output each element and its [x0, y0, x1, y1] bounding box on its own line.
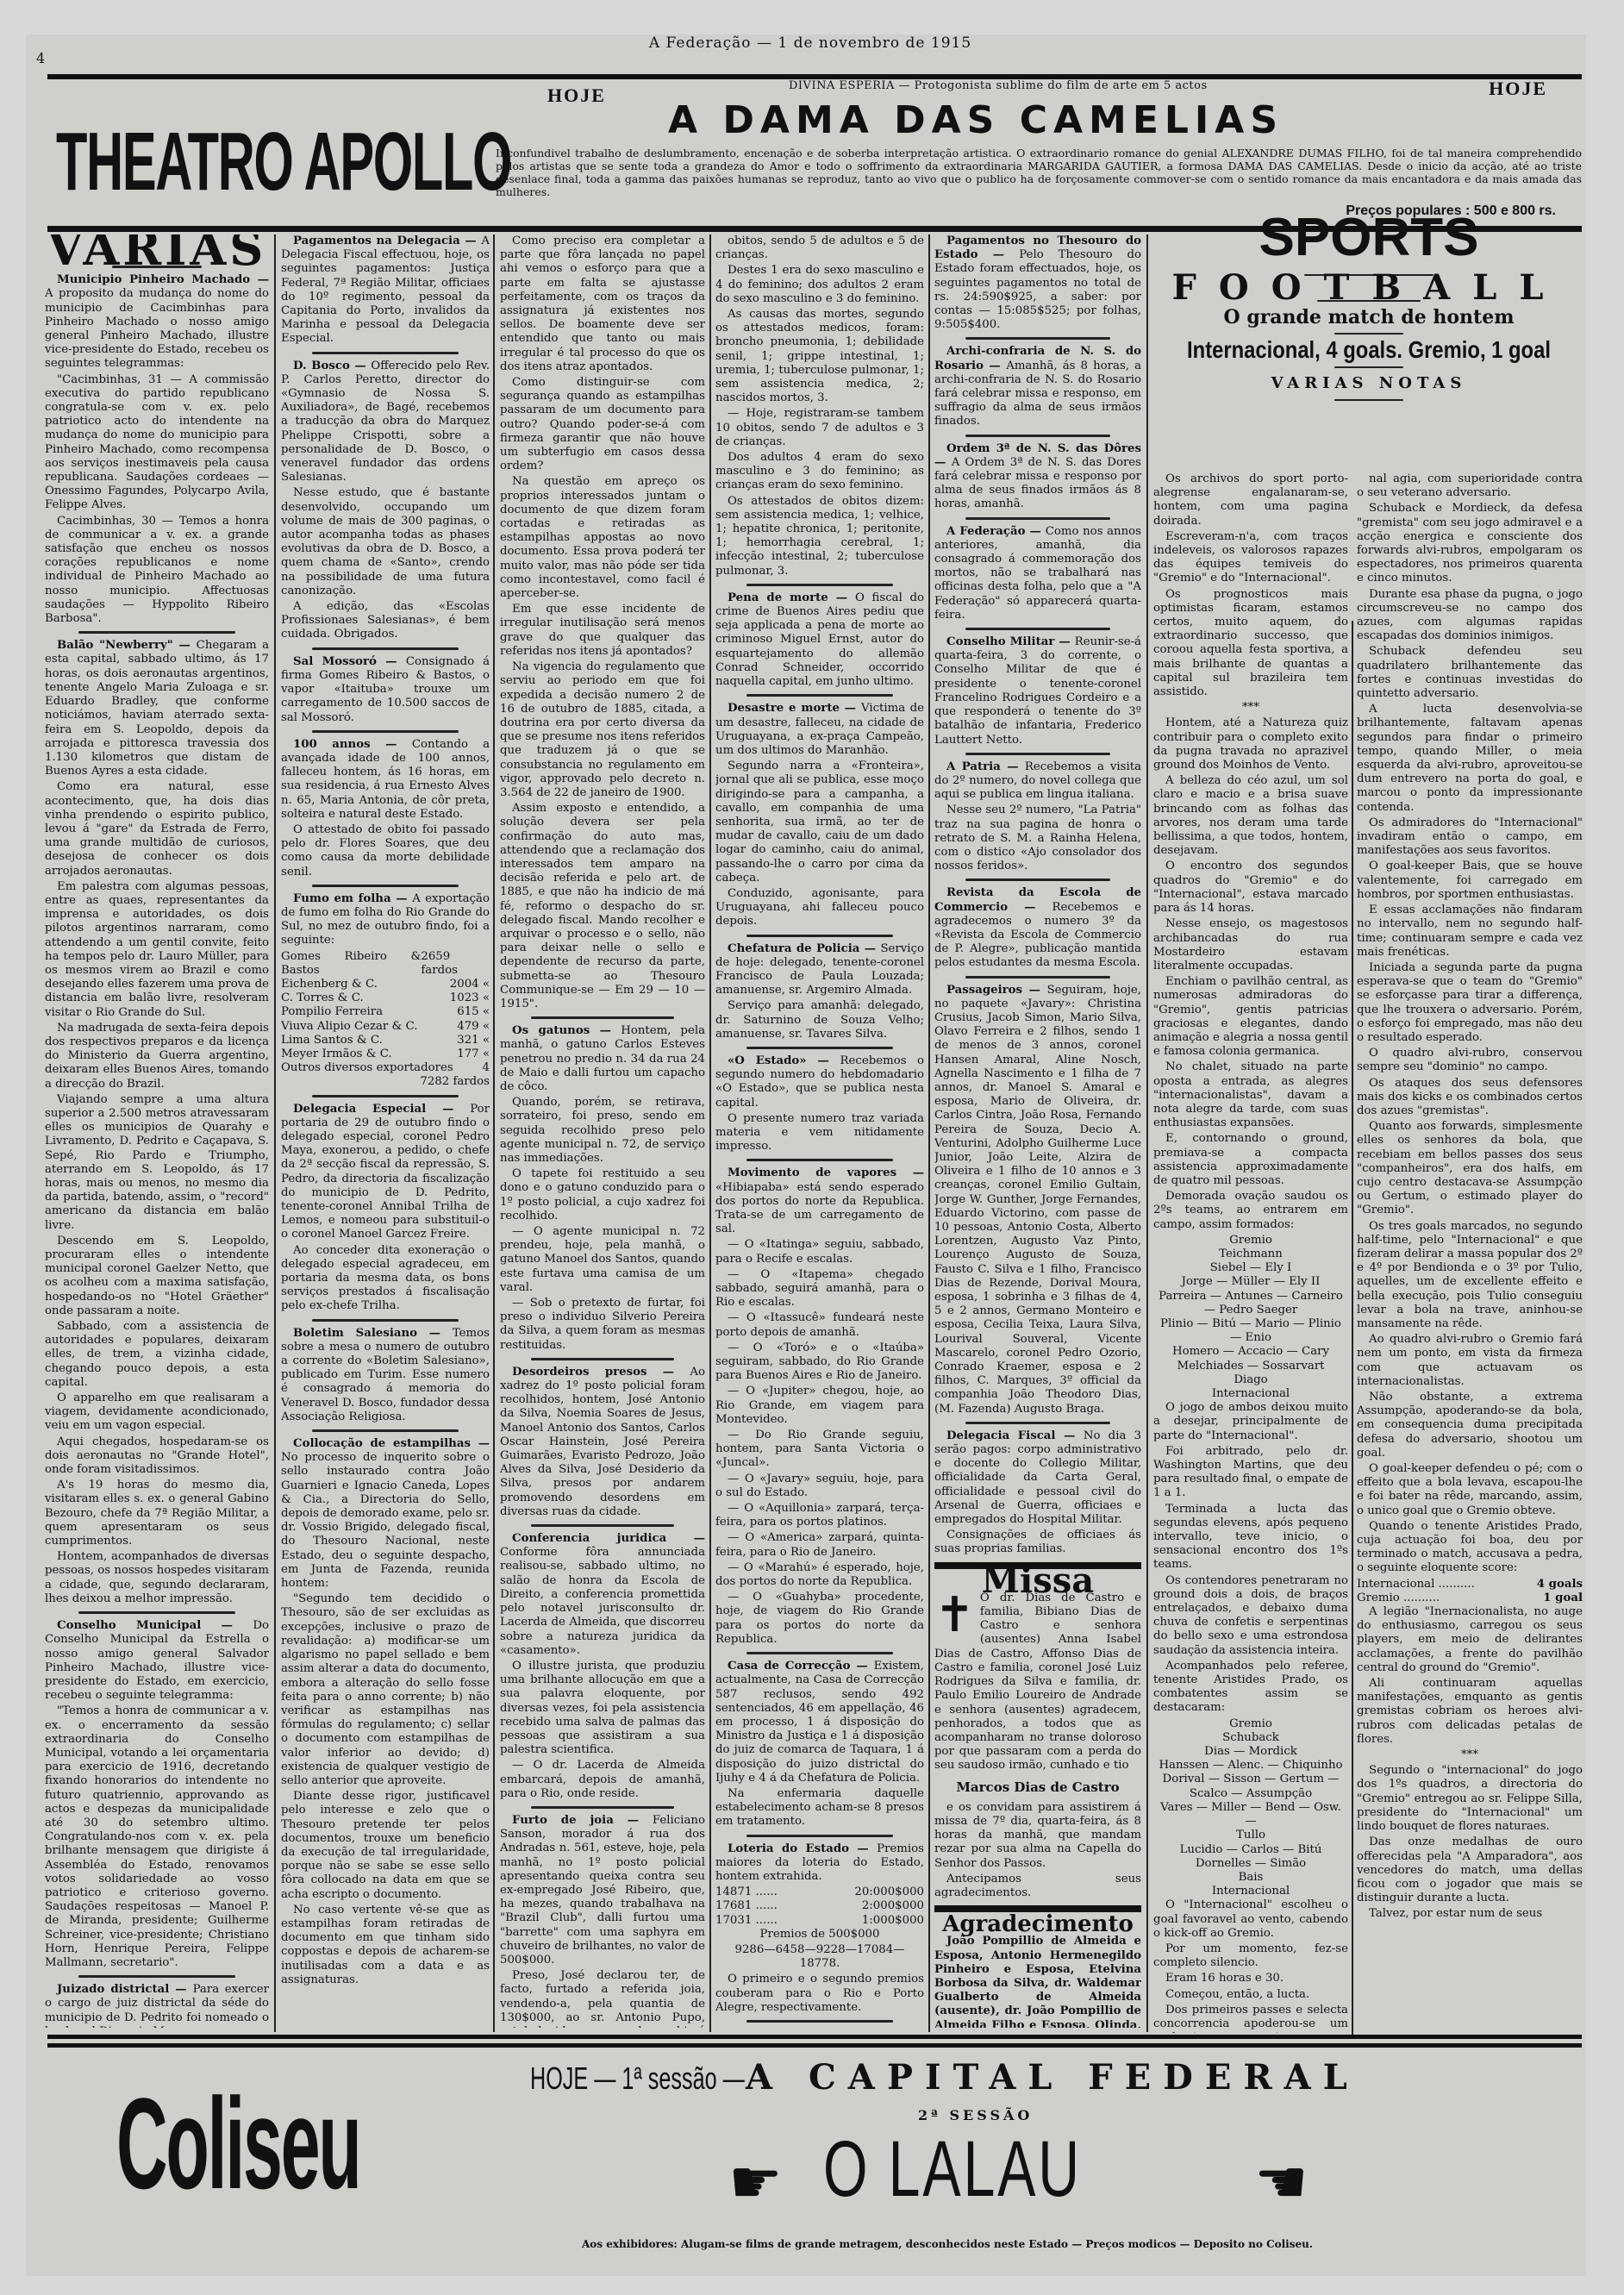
article-paragraph: Collocação de estampilhas — No processo … — [281, 1437, 490, 1591]
article-text: Offerecido pelo Rev. P. Carlos Peretto, … — [281, 360, 490, 485]
article-text: Viajando sempre a uma altura superior a … — [45, 1093, 269, 1232]
film-title: A DAMA DAS CAMELIAS — [668, 98, 1284, 142]
article-text: — O «Aquillonia» zarpará, terça-feira, p… — [715, 1502, 924, 1529]
ornament-rule — [312, 1429, 458, 1432]
article-text: A's 19 horas do mesmo dia, visitaram ell… — [45, 1479, 269, 1548]
fumo-row: Pompilio Ferreira615 « — [281, 1005, 490, 1019]
quantity: 2004 « — [450, 978, 490, 991]
article-paragraph: "Cacimbinhas, 31 — A commissão executiva… — [45, 373, 269, 513]
article-paragraph: — O «Aquillonia» zarpará, terça-feira, p… — [715, 1502, 924, 1529]
paragraph: Não obstante, a extrema Assumpção, apode… — [1357, 1391, 1583, 1460]
article-paragraph: Na enfermaria daquelle estabelecimento a… — [715, 1787, 924, 1829]
article-paragraph: Nesse seu 2º numero, "La Patria" traz na… — [934, 804, 1141, 873]
article-text: O presente numero traz variada materia e… — [715, 1112, 924, 1153]
ornament-rule — [531, 1806, 675, 1809]
film-subtitle: DIVINA ESPERIA — Protogonista sublime do… — [789, 79, 1208, 92]
column-2: Pagamentos na Delegacia — A Delegacia Fi… — [281, 235, 490, 2028]
article-paragraph: D. Bosco — Offerecido pelo Rev. P. Carlo… — [281, 360, 490, 485]
article-text: Conduzido, agonisante, para Uruguayana, … — [715, 887, 924, 928]
article-paragraph: A's 19 horas do mesmo dia, visitaram ell… — [45, 1479, 269, 1548]
lineup-line: Melchiades — Sossarvart — [1153, 1360, 1348, 1373]
article-paragraph: Destes 1 era do sexo masculino e 4 do fe… — [715, 264, 924, 306]
article-paragraph: — O «Toró» e o «Itaúba» seguiram, sabbad… — [715, 1341, 924, 1384]
article-text: Consignações de officiaes ás suas propri… — [934, 1529, 1141, 1555]
footer-rule — [47, 2035, 1582, 2039]
article-text: Na vigencia do regulamento que serviu ao… — [500, 660, 705, 799]
internacional-second-team-lineup: Plinio — Bitú — Mario — Plinio — EnioHom… — [1153, 1317, 1348, 1401]
article-text: A edição, das «Escolas Profissionaes Sal… — [281, 600, 490, 641]
article-paragraph: Em palestra com algumas pessoas, entre a… — [45, 880, 269, 1020]
article-text: "Segundo tem decidido o Thesouro, são de… — [281, 1592, 490, 1787]
pointing-hand-left-icon: ☚ — [1254, 2147, 1309, 2217]
paragraph: Talvez, por estar num de seus — [1357, 1907, 1583, 1921]
ornament-rule — [746, 1835, 892, 1837]
score-headline: Internacional, 4 goals. Gremio, 1 goal — [1186, 343, 1552, 357]
fumo-row: Outros diversos exportadores4 — [281, 1061, 490, 1075]
article-list: obitos, sendo 5 de adultos e 5 de crianç… — [715, 235, 924, 1884]
article-paragraph: O apparelho em que realisaram a viagem, … — [45, 1391, 269, 1434]
fumo-row: Meyer Irmãos & C.177 « — [281, 1047, 490, 1061]
first-team-lineups: GremioSchubackDias — MordickHanssen — Al… — [1153, 1717, 1348, 1899]
article-title: Desastre e morte — — [728, 702, 861, 715]
ornament-rule — [78, 1975, 235, 1978]
lineup-line: Scalco — Assumpção — [1153, 1787, 1348, 1801]
ornament-rule — [312, 730, 458, 733]
team-goals: 1 goal — [1543, 1591, 1583, 1605]
article-title: Casa de Correcção — — [728, 1660, 874, 1673]
article-text: Os attestados de obitos dizem: sem assis… — [715, 495, 924, 578]
theatre-name: THEATRO APOLLO — [56, 102, 334, 222]
article-paragraph: Conselho Municipal — Do Conselho Municip… — [45, 1619, 269, 1703]
lineup-line: Gremio — [1153, 1234, 1348, 1248]
article-title: «O Estado» — — [728, 1054, 840, 1067]
paragraph: Eram 16 horas e 30. — [1153, 1972, 1348, 1985]
column-5: Pagamentos no Thesouro do Estado — Pelo … — [934, 235, 1141, 2028]
article-paragraph: Segundo narra a «Fronteira», jornal que … — [715, 760, 924, 885]
lineup-line: Homero — Accacio — Cary — [1153, 1345, 1348, 1359]
varias-heading: VARIAS — [45, 241, 269, 255]
lineup-line: Parreira — Antunes — Carneiro — Pedro Sa… — [1153, 1290, 1348, 1317]
article-paragraph: Passageiros — Seguiram, hoje, no paquete… — [934, 984, 1141, 1416]
lineup-line: Internacional — [1153, 1885, 1348, 1898]
column-divider — [1352, 621, 1353, 2035]
article-paragraph: Ordem 3ª de N. S. das Dôres — A Ordem 3ª… — [934, 442, 1141, 512]
column-divider — [928, 235, 930, 2032]
lineup-line: Tullo — [1153, 1829, 1348, 1842]
article-paragraph: Dos adultos 4 eram do sexo masculino e 3… — [715, 451, 924, 493]
article-text: Na enfermaria daquelle estabelecimento a… — [715, 1787, 924, 1828]
article-paragraph: Quando, porém, se retirava, sorrateiro, … — [500, 1096, 705, 1166]
article-title: Collocação de estampilhas — — [293, 1437, 490, 1450]
article-text: O apparelho em que realisaram a viagem, … — [45, 1391, 269, 1432]
hoje-label-right: HOJE — [1489, 78, 1547, 100]
article-text: Seguiram, hoje, no paquete «Javary»: Chr… — [934, 984, 1141, 1416]
article-text: «Hibiapaba» está sendo esperado dos port… — [715, 1181, 924, 1236]
agradecimento-text: João Pompillio de Almeida e Esposa, Anto… — [934, 1935, 1141, 2028]
firm-name: Eichenberg & C. — [281, 978, 378, 991]
fumo-row: Viuva Alipio Cezar & C.479 « — [281, 1020, 490, 1034]
paragraph: Terminada a lucta das segundas elevens, … — [1153, 1503, 1348, 1573]
lineup-line: Internacional — [1153, 1387, 1348, 1401]
article-text: — O dr. Lacerda de Almeida embarcará, de… — [500, 1759, 705, 1799]
article-paragraph: Casa de Correcção — Existem, actualmente… — [715, 1660, 924, 1785]
ornament-rule — [746, 694, 892, 697]
fumo-row: Lima Santos & C.321 « — [281, 1034, 490, 1047]
article-paragraph: O presente numero traz variada materia e… — [715, 1112, 924, 1154]
prize-amount: 20:000$000 — [854, 1885, 924, 1899]
article-text: No dia 3 serão pagos: corpo administrati… — [934, 1429, 1141, 1526]
paragraph: Durante esa phase da pugna, o jogo circu… — [1357, 588, 1583, 644]
rule — [1334, 399, 1403, 401]
coliseu-advertisement: Coliseu HOJE — 1ª sessão — A CAPITAL FED… — [47, 2052, 1582, 2259]
article-text: Existem, actualmente, na Casa de Correcç… — [715, 1660, 924, 1785]
article-paragraph: Delegacia Fiscal — No dia 3 serão pagos:… — [934, 1429, 1141, 1527]
football-heading: FOOTBALL — [1153, 281, 1584, 295]
lineup-line: Gremio — [1153, 1717, 1348, 1731]
article-title: Conselho Municipal — — [57, 1619, 253, 1632]
section-break: *** — [1357, 1748, 1583, 1762]
rule — [1334, 366, 1403, 368]
lineup-line: Hanssen — Alenc. — Chiquinho — [1153, 1759, 1348, 1773]
article-text: Feliciano Sanson, morador á rua dos Andr… — [500, 1814, 705, 1967]
article-paragraph: A edição, das «Escolas Profissionaes Sal… — [281, 600, 490, 642]
paragraph: Os admiradores do "Internacional" invadi… — [1357, 816, 1583, 859]
paragraph-list: Os archivos do sport porto-alegrense eng… — [1153, 472, 1348, 1232]
article-paragraph: Pagamentos no Thesouro do Estado — Pelo … — [934, 235, 1141, 332]
article-paragraph: Os gatunos — Hontem, pela manhã, o gatun… — [500, 1024, 705, 1094]
paragraph: Começou, então, a lucta. — [1153, 1988, 1348, 2002]
article-text: Destes 1 era do sexo masculino e 4 do fe… — [715, 264, 924, 304]
article-paragraph: Chefatura de Policia — Serviço de hoje: … — [715, 942, 924, 998]
paragraph: A legião "Inernacionalista, no auge do e… — [1357, 1605, 1583, 1675]
paragraph: Os prognosticos mais optimistas ficaram,… — [1153, 588, 1348, 700]
article-title: Passageiros — — [946, 984, 1047, 997]
article-title: Sal Mossoró — — [293, 655, 406, 668]
lineup-line: Dornelles — Simão — [1153, 1857, 1348, 1871]
lineup-line: Vares — Miller — Bend — Osw. — — [1153, 1801, 1348, 1829]
article-paragraph: Os attestados de obitos dizem: sem assis… — [715, 495, 924, 578]
loteria-table: 14871 ......20:000$00017681 ......2:000$… — [715, 1885, 924, 1928]
article-title: Loteria do Estado — — [728, 1842, 877, 1855]
paragraph: Os contendores penetraram no ground dois… — [1153, 1574, 1348, 1658]
column-3: Como preciso era completar a parte que f… — [500, 235, 705, 2028]
article-title: Chefatura de Policia — — [728, 942, 880, 955]
paragraph: E, contornando o ground, premiava-se a c… — [1153, 1132, 1348, 1188]
ornament-rule — [312, 1095, 458, 1097]
score-row: Internacional ..........4 goals — [1357, 1578, 1583, 1591]
ticket-number: 14871 ...... — [715, 1885, 778, 1899]
ornament-rule — [78, 1611, 235, 1614]
article-text: A Delegacia Fiscal effectuou, hoje, os s… — [281, 235, 490, 345]
article-text: O fiscal do crime de Buenos Aires pediu … — [715, 591, 924, 688]
article-paragraph: — O «America» zarpará, quinta-feira, par… — [715, 1531, 924, 1559]
article-list: Municipio Pinheiro Machado — A proposito… — [45, 273, 269, 2028]
premios-500-numbers: 9286—6458—9228—17084—18778. — [715, 1943, 924, 1971]
paragraph: O encontro dos segundos quadros do "Grem… — [1153, 860, 1348, 916]
article-text: Reunir-se-á quarta-feira, 3 do corrente,… — [934, 635, 1141, 746]
article-paragraph: Boletim Salesiano — Temos sobre a mesa o… — [281, 1327, 490, 1424]
quantity: 479 « — [457, 1020, 490, 1034]
lineup-line: Siebel — Ely I — [1153, 1261, 1348, 1275]
article-paragraph: Cacimbinhas, 30 — Temos a honra de commu… — [45, 515, 269, 627]
ornament-rule — [746, 584, 892, 586]
article-text: Cacimbinhas, 30 — Temos a honra de commu… — [45, 515, 269, 625]
article-paragraph: Conduzido, agonisante, para Uruguayana, … — [715, 887, 924, 929]
article-text: — O «Marahú» é esperado, hoje, dos porto… — [715, 1561, 924, 1588]
ornament-rule — [965, 753, 1110, 755]
firm-name: Outros diversos exportadores — [281, 1061, 453, 1075]
firm-name: Gomes Ribeiro & Bastos — [281, 950, 421, 978]
article-text: No processo de inquerito sobre o sello i… — [281, 1451, 490, 1590]
article-text: Conforme fôra annunciada realisou-se, sa… — [500, 1546, 705, 1656]
article-text: Assim exposto e entendido, a solução dev… — [500, 802, 705, 1010]
agradecimento-heading: Agradecimento — [934, 1917, 1141, 1931]
article-text: Preso, José declarou ter, de facto, furt… — [500, 1969, 705, 2028]
article-paragraph: O tapete foi restituido a seu dono e o g… — [500, 1167, 705, 1223]
firm-name: Viuva Alipio Cezar & C. — [281, 1020, 418, 1034]
article-paragraph: Municipio Pinheiro Machado — A proposito… — [45, 273, 269, 371]
article-text: Na questão em apreço os proprios interes… — [500, 475, 705, 600]
article-list: Delegacia Especial — Por portaria de 29 … — [281, 1095, 490, 1987]
article-title: 100 annos — — [293, 738, 412, 751]
paragraph: No chalet, situado na parte oposta a ent… — [1153, 1060, 1348, 1130]
article-paragraph: Assim exposto e entendido, a solução dev… — [500, 802, 705, 1011]
article-text: Em que esse incidente de irregular inuti… — [500, 603, 705, 658]
article-paragraph: Diante desse rigor, justificavel pelo in… — [281, 1790, 490, 1902]
rule — [1334, 333, 1403, 335]
gremio-second-team-lineup: GremioTeichmannSiebel — Ely IJorge — Mül… — [1153, 1234, 1348, 1317]
article-paragraph: — O «Jupiter» chegou, hoje, ao Rio Grand… — [715, 1385, 924, 1427]
paragraph-list: A legião "Inernacionalista, no auge do e… — [1357, 1605, 1583, 1921]
deceased-name: Marcos Dias de Castro — [934, 1780, 1141, 1794]
article-paragraph: Na questão em apreço os proprios interes… — [500, 475, 705, 601]
quantity: 177 « — [457, 1047, 490, 1061]
ornament-rule — [531, 1016, 675, 1019]
article-paragraph: Pena de morte — O fiscal do crime de Bue… — [715, 591, 924, 689]
article-text: — O agente municipal n. 72 prendeu, hoje… — [500, 1225, 705, 1294]
article-title: Juizado districtal — — [57, 1983, 193, 1996]
article-text: "Temos a honra de communicar a v. ex. o … — [45, 1704, 269, 1969]
column-divider — [493, 235, 495, 2032]
paragraph-list: nal agia, com superioridade contra o seu… — [1357, 472, 1583, 1576]
paragraph: Os tres goals marcados, no segundo half-… — [1357, 1220, 1583, 1332]
paragraph: O "Internacional" escolheu o goal favora… — [1153, 1898, 1348, 1941]
article-text: Ao conceder dita exoneração o delegado e… — [281, 1244, 490, 1313]
article-paragraph: — O «Javary» seguiu, hoje, para o sul do… — [715, 1473, 924, 1500]
ornament-rule — [965, 435, 1110, 437]
session-2-label: 2ª SESSÃO — [918, 2107, 1033, 2123]
article-text: Descendo em S. Leopoldo, procuraram elle… — [45, 1235, 269, 1317]
article-list: Pagamentos na Delegacia — A Delegacia Fi… — [281, 235, 490, 948]
paragraph: O goal-keeper Bais, que se houve valente… — [1357, 860, 1583, 902]
article-paragraph: Em que esse incidente de irregular inuti… — [500, 603, 705, 659]
prize-amount: 1:000$000 — [862, 1914, 924, 1928]
firm-name: Lima Santos & C. — [281, 1034, 383, 1047]
quantity: 4 — [483, 1061, 490, 1075]
column-4: obitos, sendo 5 de adultos e 5 de crianç… — [715, 235, 924, 2028]
paragraph-list: O "Internacional" escolheu o goal favora… — [1153, 1898, 1348, 2033]
article-text: O tapete foi restituido a seu dono e o g… — [500, 1167, 705, 1223]
article-paragraph: Como era natural, esse acontecimento, qu… — [45, 780, 269, 878]
fumo-row: Eichenberg & C.2004 « — [281, 978, 490, 991]
loteria-row: 17681 ......2:000$000 — [715, 1899, 924, 1913]
article-paragraph: "Segundo tem decidido o Thesouro, são de… — [281, 1592, 490, 1788]
ornament-rule — [312, 647, 458, 650]
team-name: Internacional .......... — [1357, 1578, 1475, 1591]
page-number: 4 — [36, 50, 45, 66]
article-text: — O «Guahyba» procedente, hoje, de viage… — [715, 1591, 924, 1646]
article-text: "Cacimbinhas, 31 — A commissão executiva… — [45, 373, 269, 512]
ornament-rule — [78, 631, 235, 634]
article-list: Como preciso era completar a parte que f… — [500, 235, 705, 2028]
article-text: Temos sobre a mesa o numero de outubro a… — [281, 1327, 490, 1423]
firm-name: C. Torres & C. — [281, 991, 364, 1005]
article-paragraph: — O «Itatinga» seguiu, sabbado, para o R… — [715, 1238, 924, 1266]
lineup-line: Teichmann — [1153, 1248, 1348, 1261]
article-text: — Sob o pretexto de furtar, foi preso o … — [500, 1297, 705, 1352]
lineup-line: Jorge — Müller — Ely II — [1153, 1275, 1348, 1289]
score-row: Gremio ..........1 goal — [1357, 1591, 1583, 1605]
article-paragraph: Desordeiros presos — Ao xadrez do 1º pos… — [500, 1366, 705, 1519]
column-varias: VARIAS Municipio Pinheiro Machado — A pr… — [45, 235, 269, 2028]
article-title: D. Bosco — — [293, 360, 371, 372]
ornament-rule — [965, 517, 1110, 520]
article-text: As causas das mortes, segundo os attesta… — [715, 308, 924, 404]
article-paragraph: As causas das mortes, segundo os attesta… — [715, 308, 924, 405]
article-text: Dos adultos 4 eram do sexo masculino e 3… — [715, 451, 924, 491]
hoje-label: HOJE — [547, 84, 606, 107]
article-paragraph: Na madrugada de sexta-feira depois dos r… — [45, 1022, 269, 1091]
article-paragraph: Consignações de officiaes ás suas propri… — [934, 1529, 1141, 1556]
article-text: Quando, porém, se retirava, sorrateiro, … — [500, 1096, 705, 1165]
prize-amount: 2:000$000 — [862, 1899, 924, 1913]
article-title: Balão "Newberry" — — [57, 639, 197, 652]
premios-500-label: Premios de 500$000 — [715, 1928, 924, 1942]
article-paragraph: Balão "Newberry" — Chegaram a esta capit… — [45, 639, 269, 779]
article-title: Boletim Salesiano — — [293, 1327, 453, 1340]
fumo-row: C. Torres & C.1023 « — [281, 991, 490, 1005]
article-paragraph: Viajando sempre a uma altura superior a … — [45, 1093, 269, 1233]
article-text: Sabbado, com a assistencia de autoridade… — [45, 1320, 269, 1389]
article-paragraph: "Temos a honra de communicar a v. ex. o … — [45, 1704, 269, 1970]
article-paragraph: Hontem, acompanhados de diversas pessoas… — [45, 1550, 269, 1606]
article-paragraph: No caso vertente vê-se que as estampilha… — [281, 1904, 490, 1987]
missa-invitation: e os convidam para assistirem á missa de… — [934, 1801, 1141, 1871]
ornament-rule — [746, 935, 892, 937]
article-paragraph: Pagamentos na Delegacia — A Delegacia Fi… — [281, 235, 490, 347]
article-title: Delegacia Especial — — [293, 1103, 470, 1116]
article-text: Como nos annos anteriores, amanhã, dia c… — [934, 525, 1141, 622]
article-paragraph: «O Estado» — Recebemos o segundo numero … — [715, 1054, 924, 1110]
paragraph: Nesse ensejo, os magestosos archibancada… — [1153, 917, 1348, 973]
paragraph: Acompanhados pelo referee, tenente Arist… — [1153, 1660, 1348, 1716]
paragraph: Segundo o "internacional" do jogo dos 1º… — [1357, 1764, 1583, 1834]
article-paragraph: 100 annos — Contando a avançada idade de… — [281, 738, 490, 822]
paragraph: nal agia, com superioridade contra o seu… — [1357, 472, 1583, 500]
article-paragraph: — O dr. Lacerda de Almeida embarcará, de… — [500, 1759, 705, 1801]
ornament-rule — [965, 337, 1110, 340]
paragraph: Dos primeiros passes e selecta concorren… — [1153, 2004, 1348, 2033]
article-title: Fumo em folha — — [293, 892, 412, 905]
ornament-rule — [965, 628, 1110, 630]
article-text: Em palestra com algumas pessoas, entre a… — [45, 880, 269, 1019]
lineup-line: Dorival — Sisson — Gertum — — [1153, 1773, 1348, 1786]
paragraph: Enchiam o pavilhão central, as numerosas… — [1153, 975, 1348, 1059]
paragraph: Schuback e Mordieck, da defesa "gremista… — [1357, 502, 1583, 585]
paragraph: Foi arbitrado, pelo dr. Washington Marti… — [1153, 1445, 1348, 1501]
film-blurb: Inconfundivel trabalho de deslumbramento… — [496, 147, 1582, 198]
article-paragraph: Sabbado, com a assistencia de autoridade… — [45, 1320, 269, 1390]
article-paragraph: obitos, sendo 5 de adultos e 5 de crianç… — [715, 235, 924, 262]
article-text: Hontem, acompanhados de diversas pessoas… — [45, 1550, 269, 1605]
article-text: — Do Rio Grande seguiu, hontem, para San… — [715, 1429, 924, 1469]
article-paragraph: Nesse estudo, que é bastante desenvolvid… — [281, 486, 490, 598]
article-title: Conferencia juridica — — [512, 1532, 705, 1545]
article-paragraph: O attestado de obito foi passado pelo dr… — [281, 823, 490, 879]
loteria-note: O primeiro e o segundo premios couberam … — [715, 1973, 924, 2015]
session-1-label: HOJE — 1ª sessão — — [530, 2060, 745, 2097]
paragraph: Escreveram-n'a, com traços indeleveis, o… — [1153, 530, 1348, 586]
missa-heading: Missa — [934, 1574, 1141, 1588]
ornament-rule — [965, 879, 1110, 881]
running-title: A Federação — 1 de novembro de 1915 — [34, 34, 1586, 52]
article-text: A proposito da mudança do nome do munici… — [45, 287, 269, 370]
article-paragraph: — Hoje, registraram-se tambem 10 obitos,… — [715, 407, 924, 449]
paragraph: A belleza do céo azul, um sol claro e ma… — [1153, 774, 1348, 858]
quantity: 321 « — [457, 1034, 490, 1047]
article-text: Ao xadrez do 1º posto policial foram rec… — [500, 1366, 705, 1518]
article-text: — O «Jupiter» chegou, hoje, ao Rio Grand… — [715, 1385, 924, 1425]
paragraph: O jogo de ambos deixou muito a desejar, … — [1153, 1401, 1348, 1443]
article-text: — O «Toró» e o «Itaúba» seguiram, sabbad… — [715, 1341, 924, 1382]
ticket-number: 17031 ...... — [715, 1914, 778, 1928]
article-title: A Patria — — [946, 760, 1025, 773]
sports-right-column: nal agia, com superioridade contra o seu… — [1357, 472, 1583, 2033]
article-paragraph: — O agente municipal n. 72 prendeu, hoje… — [500, 1225, 705, 1295]
ornament-rule — [312, 352, 458, 354]
paragraph: Por um momento, fez-se completo silencio… — [1153, 1942, 1348, 1970]
article-text: — Hoje, registraram-se tambem 10 obitos,… — [715, 407, 924, 447]
pointing-hand-right-icon: ☛ — [728, 2147, 783, 2217]
quantity: 615 « — [457, 1005, 490, 1019]
article-paragraph: — Sob o pretexto de furtar, foi preso o … — [500, 1297, 705, 1353]
article-paragraph: — O «Itapema» chegado sabbado, seguirá a… — [715, 1268, 924, 1310]
article-paragraph: A Federação — Como nos annos anteriores,… — [934, 525, 1141, 622]
ornament-rule — [746, 1652, 892, 1654]
paragraph-list: O jogo de ambos deixou muito a desejar, … — [1153, 1401, 1348, 1715]
lineup-line: Plinio — Bitú — Mario — Plinio — Enio — [1153, 1317, 1348, 1345]
paragraph: A lucta desenvolvia-se brilhantemente, f… — [1357, 703, 1583, 815]
quantity: 1023 « — [450, 991, 490, 1005]
article-title: A Federação — — [946, 525, 1046, 538]
quantity: 2659 fardos — [421, 950, 490, 978]
article-text: Nesse estudo, que é bastante desenvolvid… — [281, 486, 490, 597]
ornament-rule — [746, 1047, 892, 1049]
fumo-table: Gomes Ribeiro & Bastos2659 fardosEichenb… — [281, 950, 490, 1090]
article-paragraph: Loteria do Estado — Premios maiores da l… — [715, 1842, 924, 1885]
article-paragraph: Sal Mossoró — Consignado á firma Gomes R… — [281, 655, 490, 725]
article-paragraph: Archi-confraria de N. S. do Rosario — Am… — [934, 345, 1141, 428]
team-name: Gremio .......... — [1357, 1591, 1440, 1605]
paragraph: Quanto aos forwards, simplesmente elles … — [1357, 1120, 1583, 1217]
article-text: — O «Javary» seguiu, hoje, para o sul do… — [715, 1473, 924, 1499]
article-text: Na madrugada de sexta-feira depois dos r… — [45, 1022, 269, 1091]
article-paragraph: Movimento de vapores — «Hibiapaba» está … — [715, 1166, 924, 1236]
session-2-film: O LALAU — [823, 2124, 1082, 2215]
article-paragraph: Desastre e morte — Victima de um desastr… — [715, 702, 924, 758]
ornament-rule — [312, 885, 458, 887]
article-text: — O «America» zarpará, quinta-feira, par… — [715, 1531, 924, 1558]
